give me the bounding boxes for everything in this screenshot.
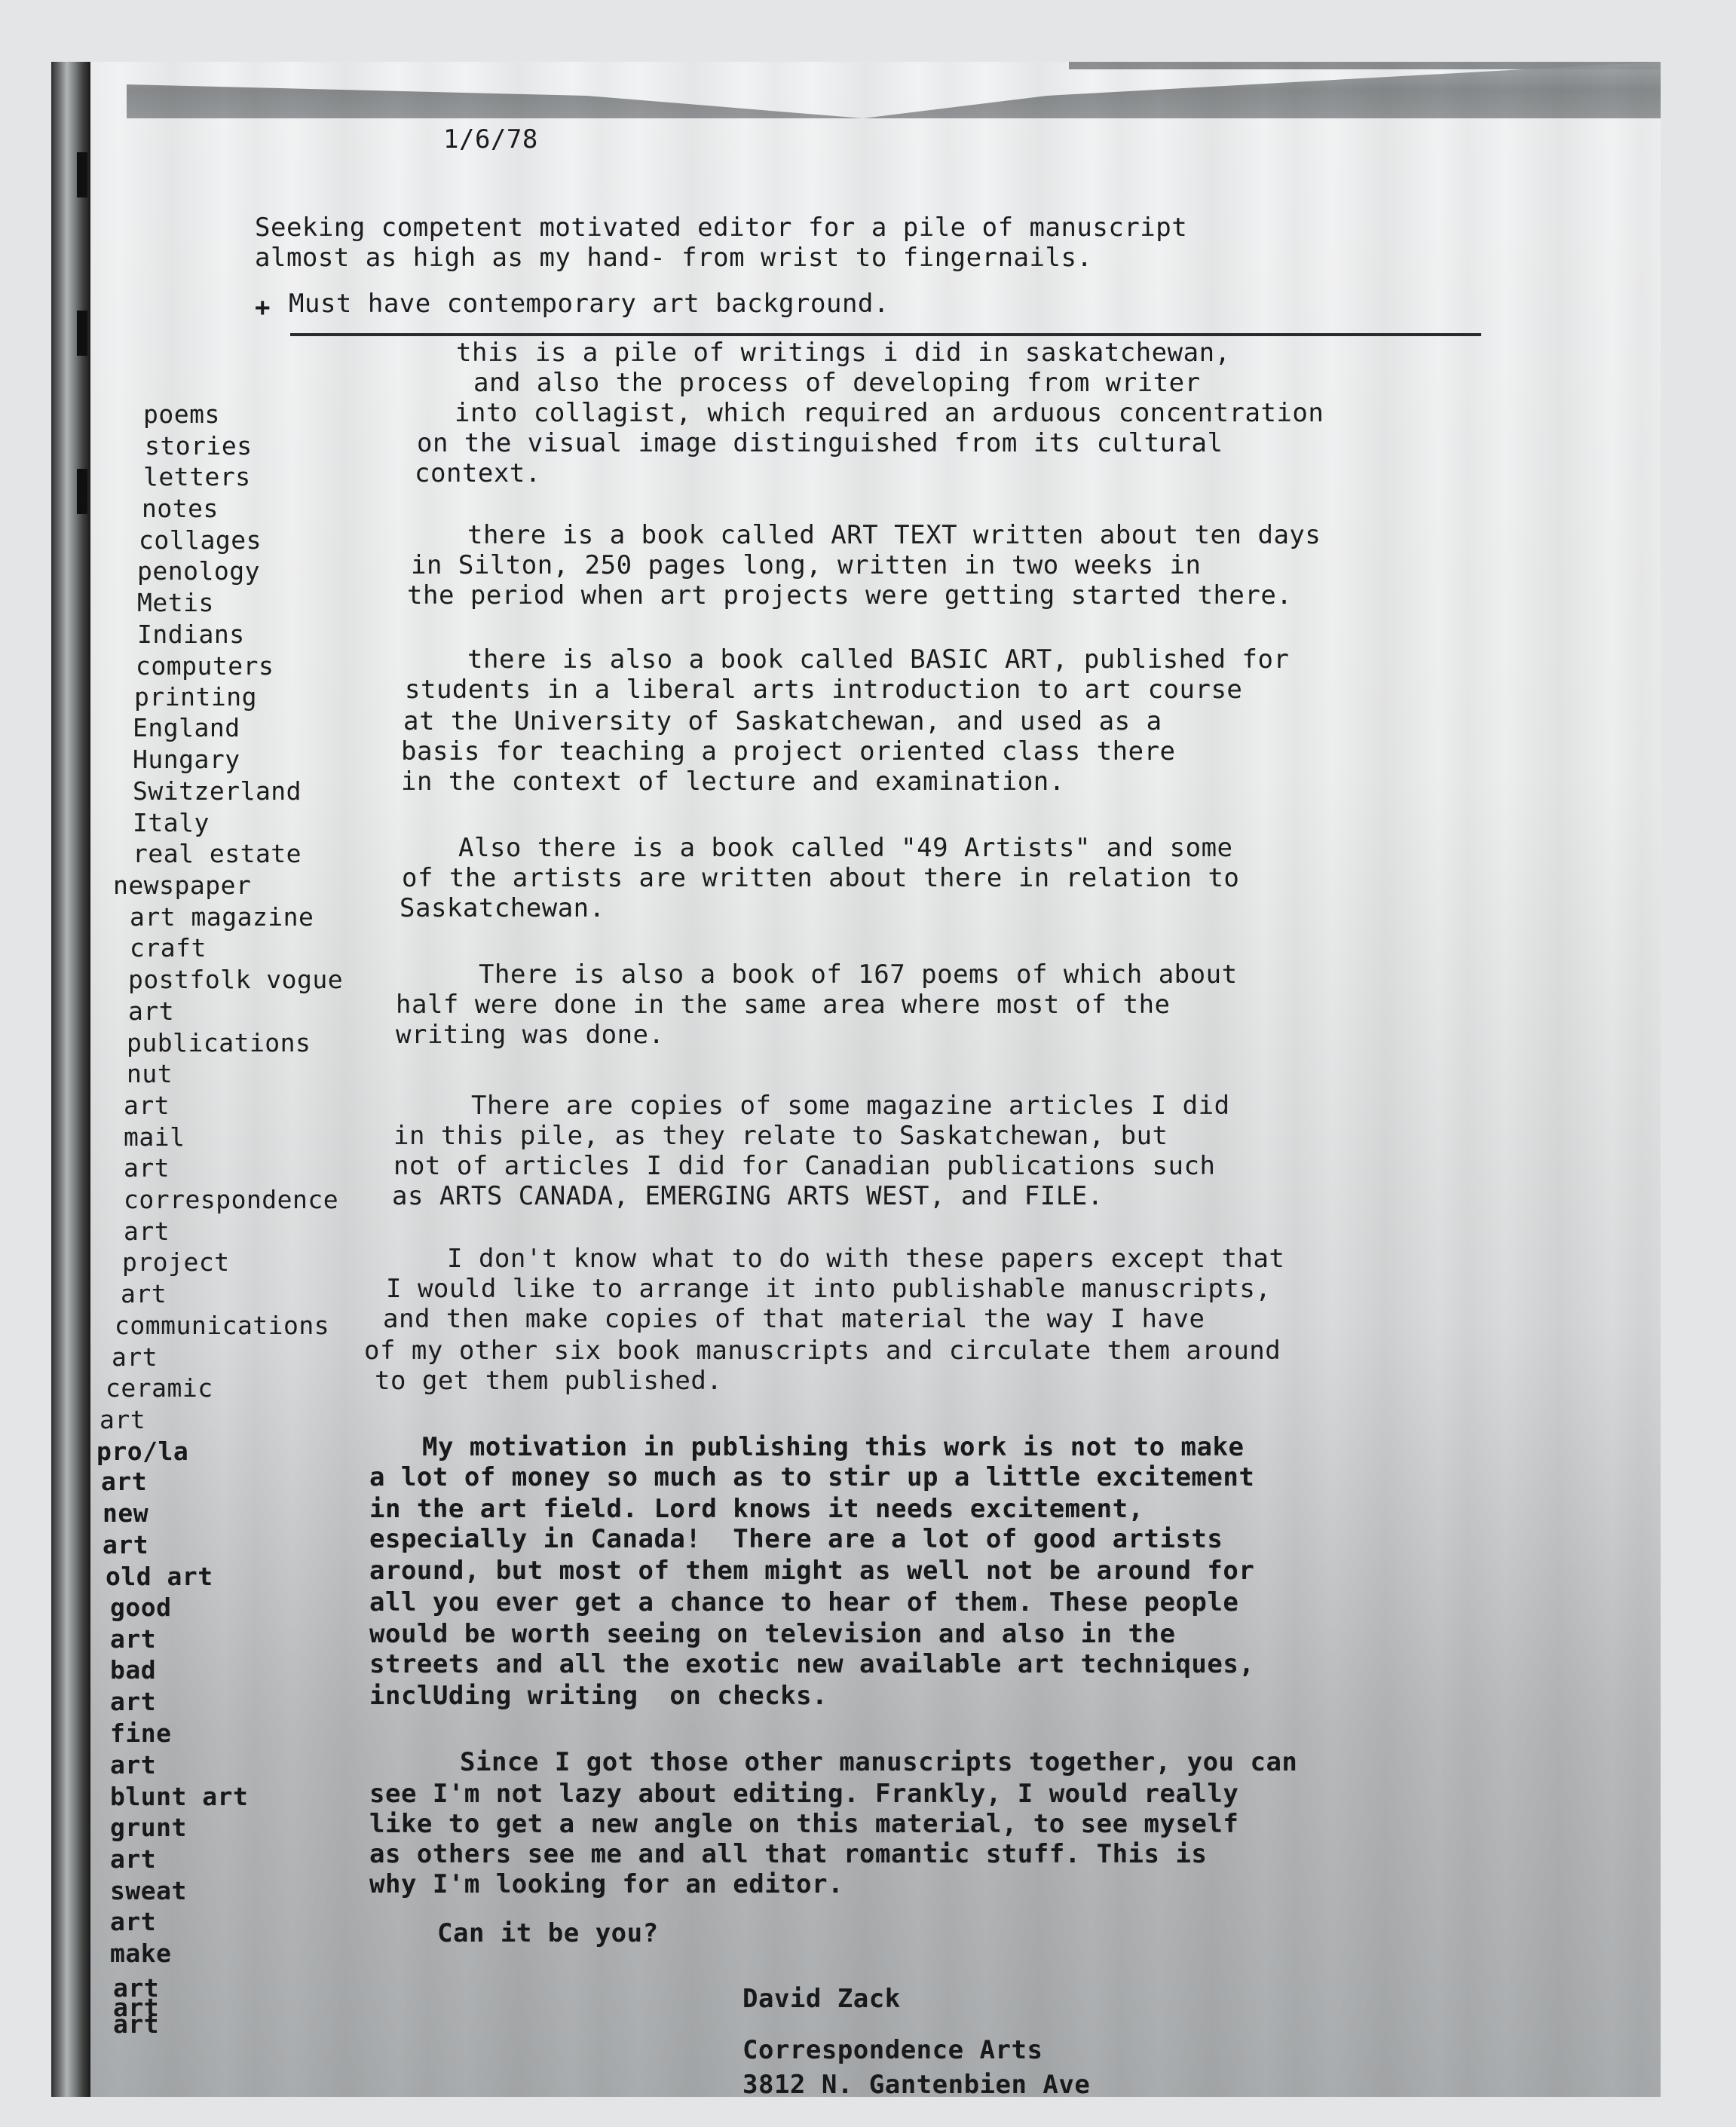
sidebar-word: art [121,1279,167,1309]
sidebar-word: art [100,1405,145,1435]
sidebar-word: old art [106,1562,213,1592]
sidebar-word: penology [137,556,260,586]
letter-date: 1/6/78 [443,124,538,155]
sidebar-word: letters [143,462,251,492]
body-line: and also the process of developing from … [473,368,1201,398]
sidebar-word: pro/la [96,1437,188,1467]
body-line: My motivation in publishing this work is… [422,1432,1244,1462]
sidebar-word: art [110,1844,156,1875]
sidebar-word: poems [143,399,220,430]
body-line: as others see me and all that romantic s… [369,1839,1207,1869]
signature-organization: Correspondence Arts [742,2035,1043,2065]
sidebar-word: printing [134,682,257,712]
body-line: There are copies of some magazine articl… [471,1091,1230,1121]
sidebar-word: new [103,1498,148,1529]
signature-address: 3812 N. Gantenbien Ave [742,2070,1090,2100]
body-line: Can it be you? [437,1918,659,1948]
sidebar-word: real estate [133,839,302,869]
body-line: half were done in the same area where mo… [396,990,1171,1020]
body-line: into collagist, which required an arduou… [455,398,1324,428]
body-line: Also there is a book called "49 Artists"… [458,833,1233,863]
body-line: around, but most of them might as well n… [369,1556,1254,1586]
body-line: all you ever get a chance to hear of the… [369,1587,1238,1617]
sidebar-word: good [110,1593,171,1623]
sidebar-word: collages [139,525,262,555]
sidebar-word: art [110,1624,156,1654]
body-line: especially in Canada! There are a lot of… [369,1524,1223,1554]
heading-line-1: Seeking competent motivated editor for a… [255,213,1187,243]
sidebar-word: bad [110,1655,156,1685]
body-line: not of articles I did for Canadian publi… [393,1151,1215,1181]
sidebar-word: newspaper [113,871,251,901]
body-line: of my other six book manuscripts and cir… [364,1336,1281,1366]
sidebar-word: fine [110,1718,171,1749]
sidebar-word: England [133,713,240,743]
sidebar-word: Switzerland [133,776,302,806]
body-line: in this pile, as they relate to Saskatch… [393,1121,1168,1151]
body-line: this is a pile of writings i did in sask… [456,338,1231,368]
body-line: to get them published. [375,1366,722,1396]
body-line: why I'm looking for an editor. [369,1869,844,1899]
sidebar-word: Italy [133,808,210,838]
requirement-line: Must have contemporary art background. [289,289,889,319]
body-line: Saskatchewan. [400,893,605,923]
sidebar-word: grunt [110,1813,187,1843]
horizontal-rule-divider [290,333,1481,336]
sidebar-word: nut [127,1059,173,1089]
body-line: streets and all the exotic new available… [369,1649,1254,1679]
body-line: in Silton, 250 pages long, written in tw… [411,550,1202,580]
sidebar-word: communications [115,1311,329,1341]
body-line: and then make copies of that material th… [383,1304,1205,1334]
body-line: the period when art projects were gettin… [407,580,1292,611]
body-line: like to get a new angle on this material… [369,1809,1238,1839]
sidebar-word: art [110,1907,156,1937]
sidebar-word: stories [145,431,253,461]
body-line: students in a liberal arts introduction … [405,675,1242,705]
body-line: I would like to arrange it into publisha… [386,1274,1271,1304]
body-line: at the University of Saskatchewan, and u… [403,706,1162,736]
sidebar-word: mail [124,1122,185,1152]
folded-top-edge-shadow [127,62,1661,118]
sidebar-word: art magazine [130,902,314,932]
sidebar-word: make [110,1939,171,1969]
body-line: writing was done. [396,1020,665,1050]
sidebar-word: art [124,1217,170,1247]
body-line: inclUding writing on checks. [369,1681,828,1711]
sidebar-word: Hungary [133,745,240,775]
body-line: context. [415,458,541,488]
body-line: would be worth seeing on television and … [369,1619,1175,1649]
sidebar-word: Indians [137,620,245,650]
body-line: there is a book called ART TEXT written … [467,520,1321,550]
sidebar-word: computers [136,651,274,681]
sidebar-word: postfolk vogue [128,965,343,995]
sidebar-word: art [110,1750,156,1780]
sidebar-word: art [128,996,174,1027]
sidebar-word: art [113,2009,159,2040]
sidebar-word: art [110,1687,156,1717]
heading-line-2: almost as high as my hand- from wrist to… [255,243,1092,273]
body-line: in the art field. Lord knows it needs ex… [369,1494,1144,1524]
body-line: as ARTS CANADA, EMERGING ARTS WEST, and … [392,1181,1104,1211]
body-line: see I'm not lazy about editing. Frankly,… [369,1779,1238,1809]
sidebar-word: art [124,1091,170,1121]
sidebar-word: craft [130,933,207,963]
sidebar-word: correspondence [124,1185,338,1215]
signature-name: David Zack [742,1984,901,2014]
binding-spine [51,62,90,2097]
body-line: there is also a book called BASIC ART, p… [467,644,1289,675]
body-line: a lot of money so much as to stir up a l… [369,1462,1254,1492]
body-line: There is also a book of 167 poems of whi… [479,959,1238,990]
body-line: I don't know what to do with these paper… [447,1244,1284,1274]
sidebar-word: ceramic [106,1373,213,1403]
sidebar-word: art [101,1467,147,1497]
body-line: in the context of lecture and examinatio… [401,767,1065,797]
sidebar-word: art [103,1530,148,1560]
sidebar-word: art [124,1153,170,1183]
sidebar-word: publications [127,1028,311,1058]
sidebar-word: blunt art [110,1782,248,1812]
plus-mark: + [255,292,270,323]
sidebar-word: project [122,1247,230,1278]
body-line: basis for teaching a project oriented cl… [401,736,1176,767]
body-line: on the visual image distinguished from i… [417,428,1223,458]
sidebar-word: Metis [137,588,214,618]
body-line: Since I got those other manuscripts toge… [460,1747,1297,1777]
sidebar-word: art [112,1342,158,1373]
sidebar-word: notes [142,494,219,524]
sidebar-word: sweat [110,1876,187,1906]
body-line: of the artists are written about there i… [402,863,1239,893]
